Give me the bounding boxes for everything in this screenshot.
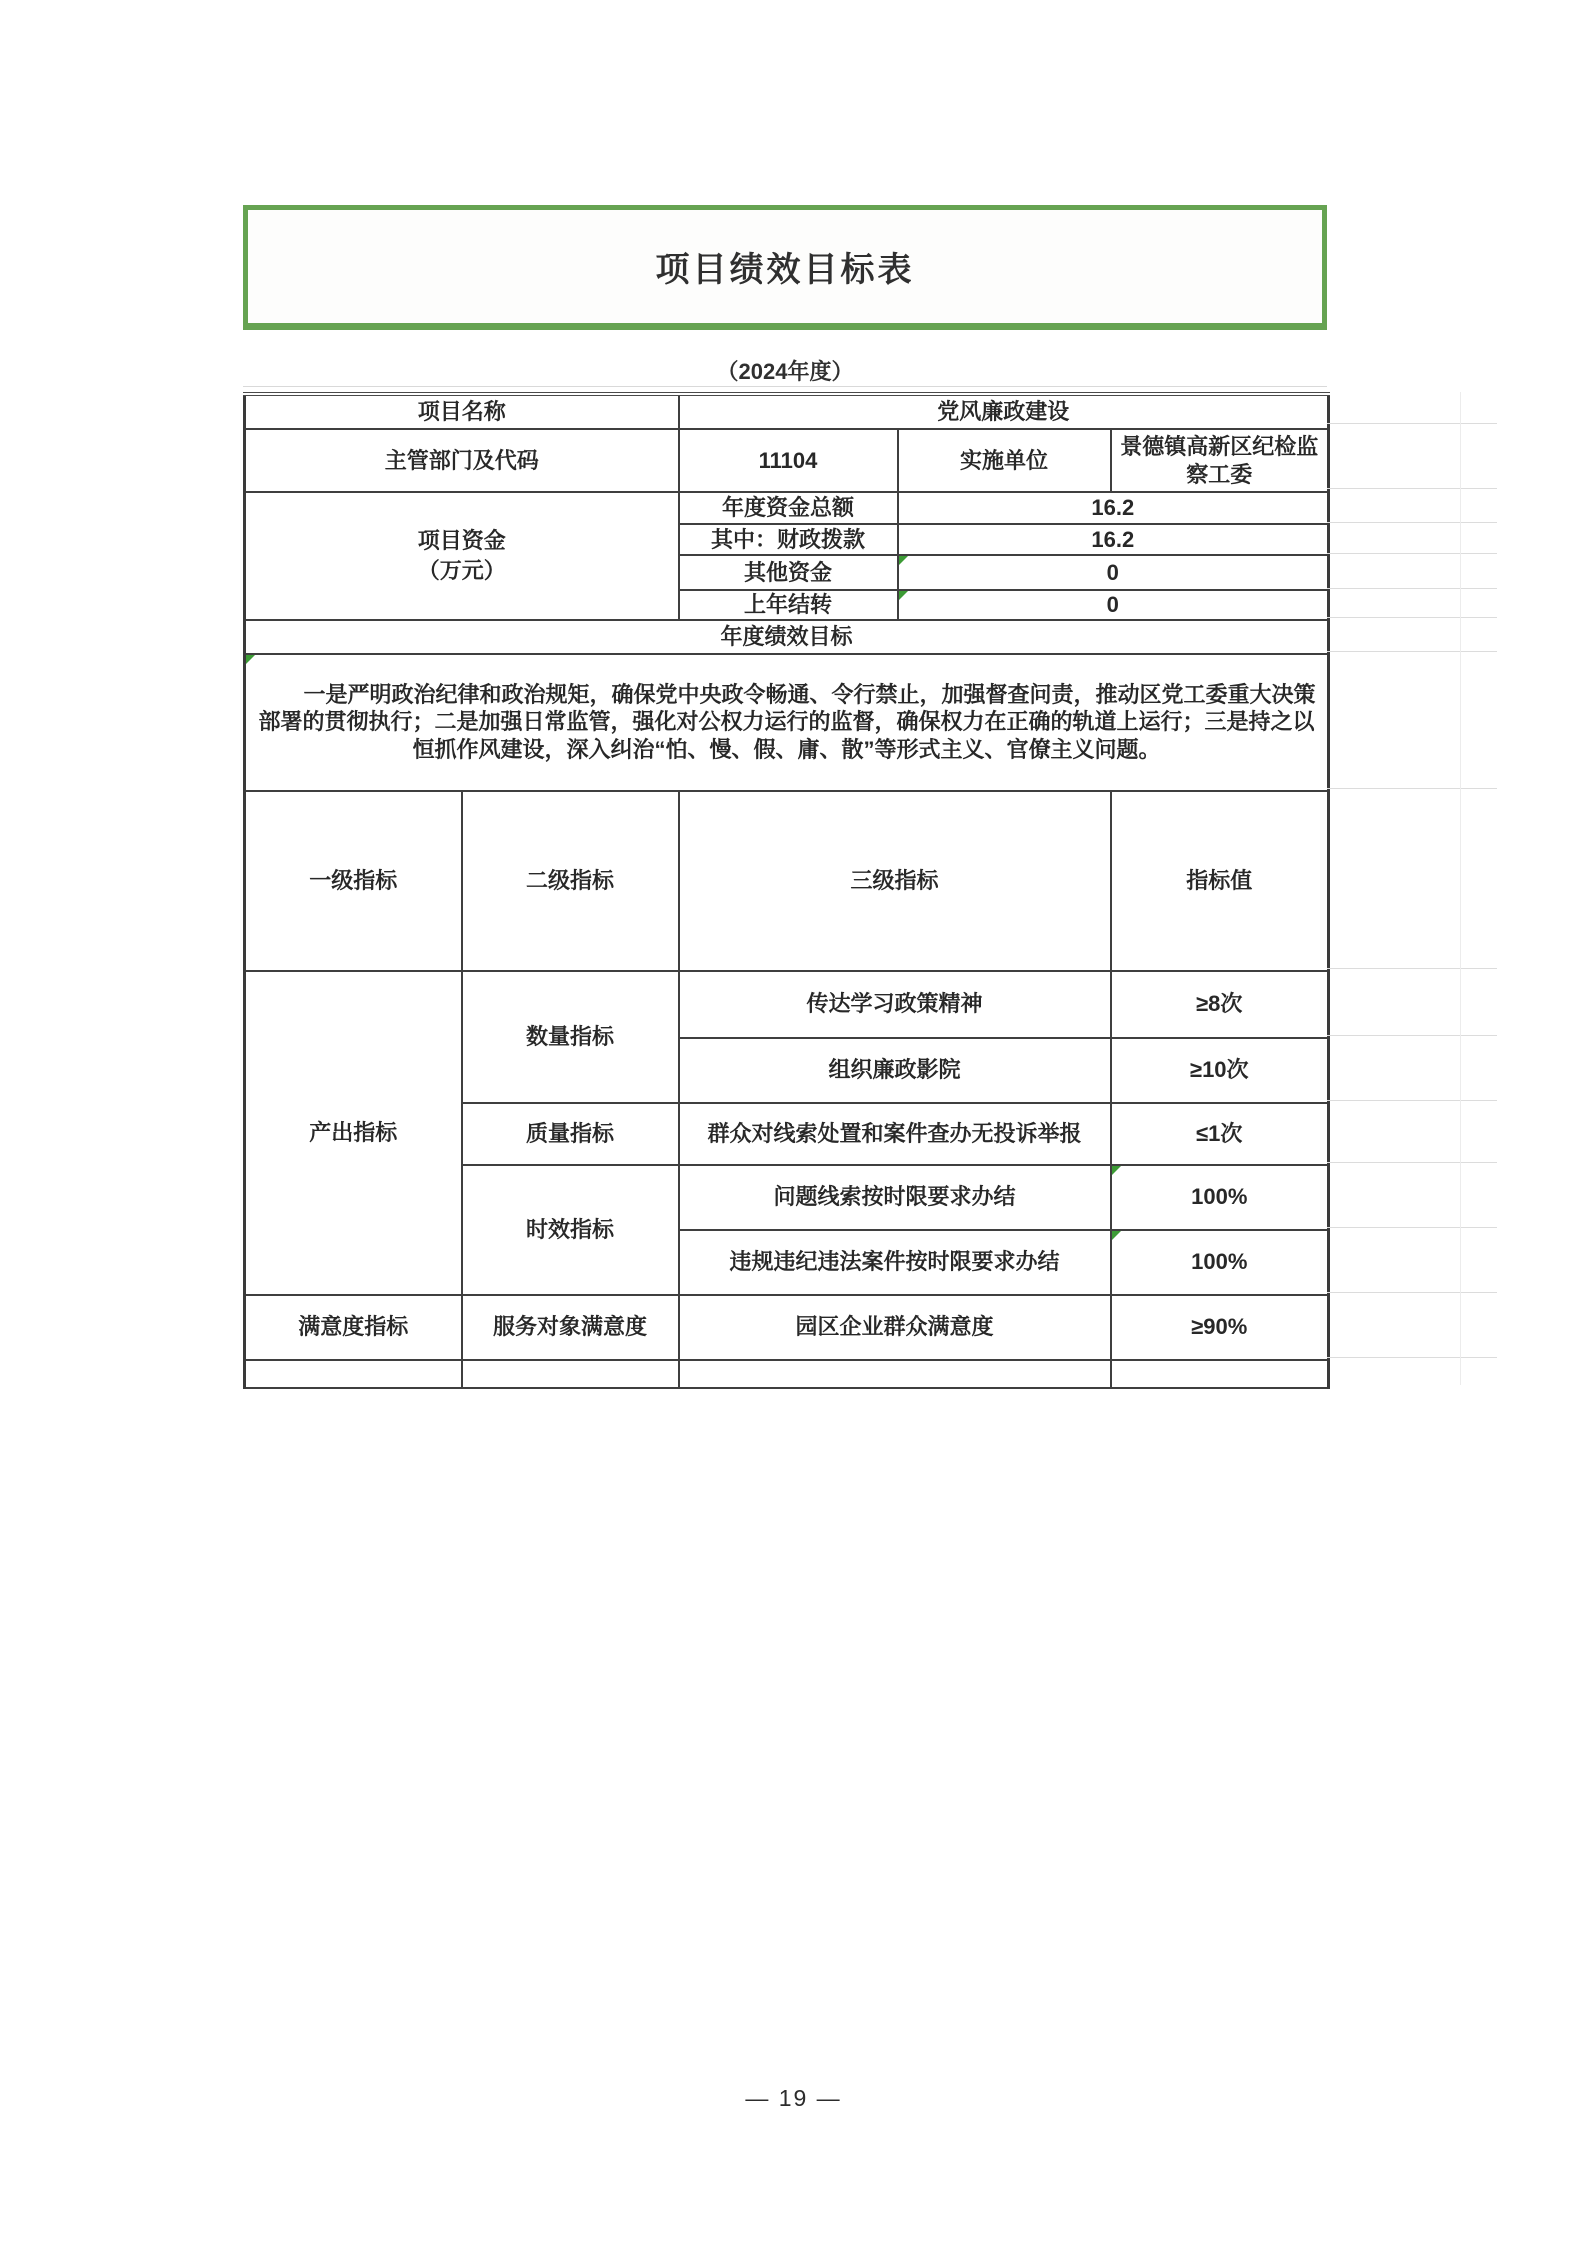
indicator-l3: 传达学习政策精神 <box>679 971 1111 1038</box>
empty-cell <box>462 1360 679 1388</box>
level2-quantity: 数量指标 <box>462 971 679 1103</box>
faint-gridline <box>1327 423 1497 424</box>
row-indicator-headers: 一级指标 二级指标 三级指标 指标值 <box>245 791 1329 971</box>
performance-target-table: 项目名称 党风廉政建设 主管部门及代码 11104 实施单位 景德镇高新区纪检监… <box>243 392 1330 1389</box>
funds-carryover-value: 0 <box>898 590 1329 620</box>
indicator-row-satisfaction: 满意度指标 服务对象满意度 园区企业群众满意度 ≥90% <box>245 1295 1329 1360</box>
indicator-value-text: 100% <box>1191 1184 1247 1209</box>
comment-marker-icon <box>1112 1166 1121 1175</box>
faint-gridline <box>1327 522 1497 523</box>
comment-marker-icon <box>246 655 255 664</box>
project-name-value: 党风廉政建设 <box>679 394 1329 429</box>
faint-gridline <box>1327 651 1497 652</box>
funds-label-line1: 项目资金 <box>250 526 674 556</box>
indicator-value: ≤1次 <box>1111 1103 1329 1165</box>
indicator-l3: 群众对线索处置和案件查办无投诉举报 <box>679 1103 1111 1165</box>
comment-marker-icon <box>1112 1231 1121 1240</box>
funds-fiscal-value: 16.2 <box>898 524 1329 555</box>
indicator-l3: 违规违纪违法案件按时限要求办结 <box>679 1230 1111 1295</box>
indicator-value: ≥8次 <box>1111 971 1329 1038</box>
faint-gridline <box>1327 1162 1497 1163</box>
funds-total-value: 16.2 <box>898 492 1329 524</box>
faint-gridline <box>1327 1292 1497 1293</box>
annual-goal-label: 年度绩效目标 <box>245 620 1329 654</box>
annual-goal-text: 一是严明政治纪律和政治规矩，确保党中央政令畅通、令行禁止，加强督查问责，推动区党… <box>245 654 1329 791</box>
indicator-l3: 园区企业群众满意度 <box>679 1295 1111 1360</box>
row-department: 主管部门及代码 11104 实施单位 景德镇高新区纪检监察工委 <box>245 429 1329 492</box>
indicator-l3: 组织廉政影院 <box>679 1038 1111 1103</box>
indicator-l3: 问题线索按时限要求办结 <box>679 1165 1111 1230</box>
funds-other-value: 0 <box>898 555 1329 590</box>
level2-quality: 质量指标 <box>462 1103 679 1165</box>
indicator-row: 产出指标 数量指标 传达学习政策精神 ≥8次 <box>245 971 1329 1038</box>
level1-output: 产出指标 <box>245 971 462 1295</box>
level2-timeliness: 时效指标 <box>462 1165 679 1295</box>
empty-cell <box>245 1360 462 1388</box>
empty-cell <box>679 1360 1111 1388</box>
faint-gridline <box>1327 588 1497 589</box>
faint-gridline <box>1327 1035 1497 1036</box>
indicator-value: 100% <box>1111 1165 1329 1230</box>
report-title-box: 项目绩效目标表 <box>243 205 1327 330</box>
level2-service: 服务对象满意度 <box>462 1295 679 1360</box>
faint-gridline <box>1327 488 1497 489</box>
row-annual-goal-header: 年度绩效目标 <box>245 620 1329 654</box>
annual-goal-text-content: 一是严明政治纪律和政治规矩，确保党中央政令畅通、令行禁止，加强督查问责，推动区党… <box>259 682 1316 762</box>
funds-fiscal-label: 其中：财政拨款 <box>679 524 898 555</box>
partial-empty-row <box>245 1360 1329 1388</box>
header-value: 指标值 <box>1111 791 1329 971</box>
funds-label: 项目资金 （万元） <box>245 492 679 620</box>
header-level2: 二级指标 <box>462 791 679 971</box>
faint-gridline <box>1327 553 1497 554</box>
indicator-value: ≥90% <box>1111 1295 1329 1360</box>
funds-label-line2: （万元） <box>250 556 674 586</box>
level1-satisfaction: 满意度指标 <box>245 1295 462 1360</box>
header-level3: 三级指标 <box>679 791 1111 971</box>
faint-gridline <box>1327 1227 1497 1228</box>
department-code: 11104 <box>679 429 898 492</box>
indicator-value: ≥10次 <box>1111 1038 1329 1103</box>
project-name-label: 项目名称 <box>245 394 679 429</box>
row-annual-goal-text: 一是严明政治纪律和政治规矩，确保党中央政令畅通、令行禁止，加强督查问责，推动区党… <box>245 654 1329 791</box>
funds-carryover-label: 上年结转 <box>679 590 898 620</box>
faint-gridline <box>1327 788 1497 789</box>
impl-unit-value: 景德镇高新区纪检监察工委 <box>1111 429 1329 492</box>
faint-gridline <box>1327 1100 1497 1101</box>
report-year-caption: （2024年度） <box>243 350 1327 390</box>
funds-total-label: 年度资金总额 <box>679 492 898 524</box>
row-project-name: 项目名称 党风廉政建设 <box>245 394 1329 429</box>
comment-marker-icon <box>899 591 908 600</box>
empty-cell <box>1111 1360 1329 1388</box>
indicator-value-text: 100% <box>1191 1249 1247 1274</box>
indicator-value: 100% <box>1111 1230 1329 1295</box>
funds-carryover-value-text: 0 <box>1107 592 1119 617</box>
comment-marker-icon <box>899 556 908 565</box>
row-funds-total: 项目资金 （万元） 年度资金总额 16.2 <box>245 492 1329 524</box>
faint-gridline <box>243 386 1327 387</box>
faint-gridline <box>1327 1357 1497 1358</box>
funds-other-label: 其他资金 <box>679 555 898 590</box>
faint-gridline <box>1327 617 1497 618</box>
funds-other-value-text: 0 <box>1107 560 1119 585</box>
department-label: 主管部门及代码 <box>245 429 679 492</box>
header-level1: 一级指标 <box>245 791 462 971</box>
report-title: 项目绩效目标表 <box>656 242 915 291</box>
faint-gridline-vertical <box>1460 392 1461 1385</box>
faint-gridline <box>1327 968 1497 969</box>
page-number: — 19 — <box>0 2085 1587 2112</box>
impl-unit-label: 实施单位 <box>898 429 1111 492</box>
